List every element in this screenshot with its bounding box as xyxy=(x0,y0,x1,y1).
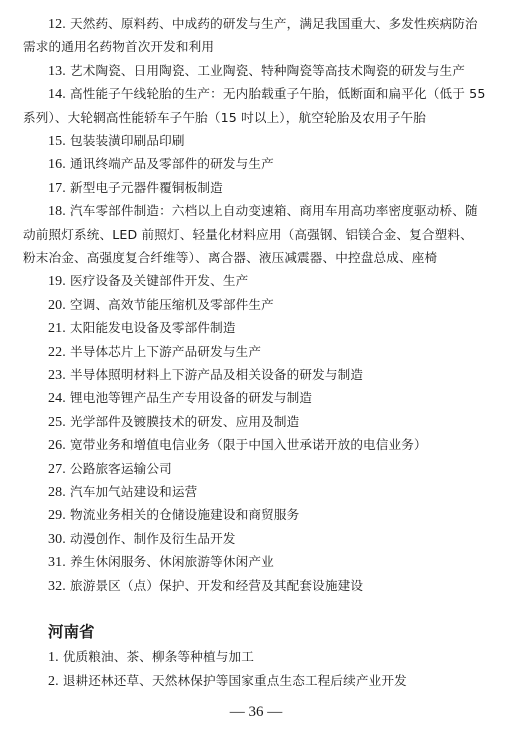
list-item: 17.新型电子元器件覆铜板制造 xyxy=(48,176,490,199)
item-text: 汽车零部件制造：六档以上自动变速箱、商用车用高功率密度驱动桥、随 xyxy=(70,203,478,218)
list-item: 20.空调、高效节能压缩机及零部件生产 xyxy=(48,293,490,316)
page-number: — 36 — xyxy=(0,704,512,721)
list-item: 14.高性能子午线轮胎的生产：无内胎载重子午胎，低断面和扁平化（低于 55 xyxy=(48,82,490,105)
list-item: 16.通讯终端产品及零部件的研发与生产 xyxy=(48,152,490,175)
list-item: 19.医疗设备及关键部件开发、生产 xyxy=(48,269,490,292)
item-number: 24. xyxy=(48,391,66,406)
item-number: 31. xyxy=(48,555,66,570)
item-number: 13. xyxy=(48,64,66,79)
list-item: 18.汽车零部件制造：六档以上自动变速箱、商用车用高功率密度驱动桥、随 xyxy=(48,199,490,222)
list-item: 24.锂电池等锂产品生产专用设备的研发与制造 xyxy=(48,386,490,409)
item-text: 空调、高效节能压缩机及零部件生产 xyxy=(70,297,274,312)
item-number: 23. xyxy=(48,368,66,383)
item-number: 16. xyxy=(48,157,66,172)
item-text: 包装装潢印刷品印刷 xyxy=(70,133,185,148)
item-number: 17. xyxy=(48,181,66,196)
list-item-continuation: 动前照灯系统、LED 前照灯、轻量化材料应用（高强钢、铝镁合金、复合塑料、 xyxy=(23,223,490,246)
list-item: 23.半导体照明材料上下游产品及相关设备的研发与制造 xyxy=(48,363,490,386)
item-text: 动漫创作、制作及衍生品开发 xyxy=(70,531,236,546)
item-number: 1. xyxy=(48,650,59,665)
section-heading: 河南省 xyxy=(48,620,95,644)
item-number: 27. xyxy=(48,462,66,477)
item-number: 29. xyxy=(48,508,66,523)
item-text: 锂电池等锂产品生产专用设备的研发与制造 xyxy=(70,390,312,405)
item-text: 优质粮油、茶、柳条等种植与加工 xyxy=(63,649,254,664)
item-number: 15. xyxy=(48,134,66,149)
list-item: 22.半导体芯片上下游产品研发与生产 xyxy=(48,340,490,363)
list-item: 2.退耕还林还草、天然林保护等国家重点生态工程后续产业开发 xyxy=(48,669,490,692)
item-number: 30. xyxy=(48,532,66,547)
list-item: 31.养生休闲服务、休闲旅游等休闲产业 xyxy=(48,550,490,573)
item-text: 通讯终端产品及零部件的研发与生产 xyxy=(70,156,274,171)
item-number: 28. xyxy=(48,485,66,500)
item-text: 新型电子元器件覆铜板制造 xyxy=(70,180,223,195)
item-text: 物流业务相关的仓储设施建设和商贸服务 xyxy=(70,507,299,522)
list-item: 25.光学部件及镀膜技术的研发、应用及制造 xyxy=(48,410,490,433)
item-number: 26. xyxy=(48,438,66,453)
item-text: 系列）、大轮辋高性能轿车子午胎（15 吋以上），航空轮胎及农用子午胎 xyxy=(23,110,426,125)
list-item: 27.公路旅客运输公司 xyxy=(48,457,490,480)
list-item: 12.天然药、原料药、中成药的研发与生产，满足我国重大、多发性疾病防治 xyxy=(48,12,490,35)
item-number: 14. xyxy=(48,87,66,102)
list-item: 26.宽带业务和增值电信业务（限于中国入世承诺开放的电信业务） xyxy=(48,433,490,456)
list-item-continuation: 系列）、大轮辋高性能轿车子午胎（15 吋以上），航空轮胎及农用子午胎 xyxy=(23,106,490,129)
list-item-continuation: 粉末冶金、高强度复合纤维等）、离合器、液压减震器、中控盘总成、座椅 xyxy=(23,246,490,269)
list-item: 29.物流业务相关的仓储设施建设和商贸服务 xyxy=(48,503,490,526)
item-text: 医疗设备及关键部件开发、生产 xyxy=(70,273,248,288)
item-number: 21. xyxy=(48,321,66,336)
list-item-continuation: 需求的通用名药物首次开发和利用 xyxy=(23,35,490,58)
list-item: 15.包装装潢印刷品印刷 xyxy=(48,129,490,152)
list-item: 30.动漫创作、制作及衍生品开发 xyxy=(48,527,490,550)
item-text: 养生休闲服务、休闲旅游等休闲产业 xyxy=(70,554,274,569)
list-item: 28.汽车加气站建设和运营 xyxy=(48,480,490,503)
item-text: 半导体照明材料上下游产品及相关设备的研发与制造 xyxy=(70,367,363,382)
item-text: 公路旅客运输公司 xyxy=(70,461,172,476)
item-number: 20. xyxy=(48,298,66,313)
item-text: 高性能子午线轮胎的生产：无内胎载重子午胎，低断面和扁平化（低于 55 xyxy=(70,86,486,101)
item-number: 32. xyxy=(48,579,66,594)
item-text: 旅游景区（点）保护、开发和经营及其配套设施建设 xyxy=(70,578,363,593)
item-text: 半导体芯片上下游产品研发与生产 xyxy=(70,344,261,359)
list-item: 21.太阳能发电设备及零部件制造 xyxy=(48,316,490,339)
item-text: 需求的通用名药物首次开发和利用 xyxy=(23,39,214,54)
item-text: 艺术陶瓷、日用陶瓷、工业陶瓷、特种陶瓷等高技术陶瓷的研发与生产 xyxy=(70,63,465,78)
item-number: 2. xyxy=(48,674,59,689)
item-text: 汽车加气站建设和运营 xyxy=(70,484,197,499)
item-number: 22. xyxy=(48,345,66,360)
item-text: 天然药、原料药、中成药的研发与生产，满足我国重大、多发性疾病防治 xyxy=(70,16,478,31)
item-text: 太阳能发电设备及零部件制造 xyxy=(70,320,236,335)
item-number: 12. xyxy=(48,17,66,32)
item-number: 25. xyxy=(48,415,66,430)
list-item: 13.艺术陶瓷、日用陶瓷、工业陶瓷、特种陶瓷等高技术陶瓷的研发与生产 xyxy=(48,59,490,82)
item-text: 退耕还林还草、天然林保护等国家重点生态工程后续产业开发 xyxy=(63,673,407,688)
item-number: 19. xyxy=(48,274,66,289)
item-text: 光学部件及镀膜技术的研发、应用及制造 xyxy=(70,414,299,429)
item-text: 动前照灯系统、LED 前照灯、轻量化材料应用（高强钢、铝镁合金、复合塑料、 xyxy=(23,227,473,242)
item-text: 宽带业务和增值电信业务（限于中国入世承诺开放的电信业务） xyxy=(70,437,427,452)
list-item: 32.旅游景区（点）保护、开发和经营及其配套设施建设 xyxy=(48,574,490,597)
list-item: 1.优质粮油、茶、柳条等种植与加工 xyxy=(48,645,490,668)
item-number: 18. xyxy=(48,204,66,219)
item-text: 粉末冶金、高强度复合纤维等）、离合器、液压减震器、中控盘总成、座椅 xyxy=(23,250,437,265)
document-page: 12.天然药、原料药、中成药的研发与生产，满足我国重大、多发性疾病防治需求的通用… xyxy=(0,0,512,748)
